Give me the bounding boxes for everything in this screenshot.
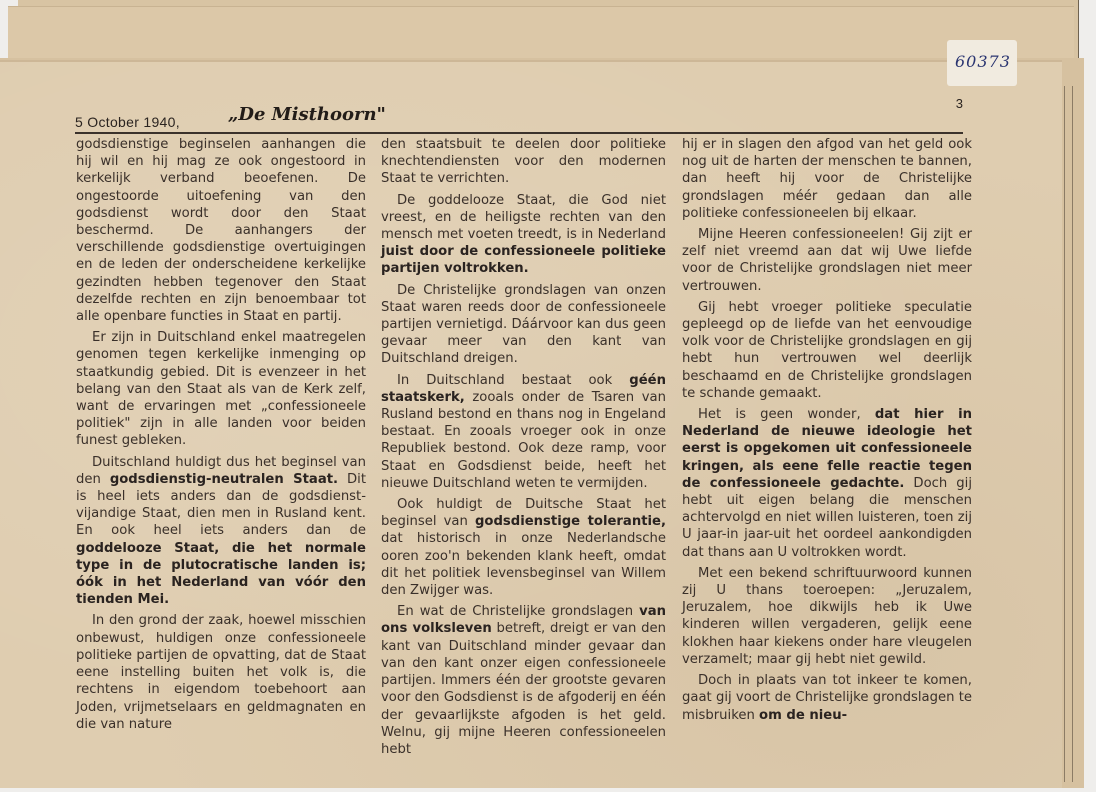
article-paragraph: Het is geen wonder, dat hier in Nederlan…	[682, 406, 972, 561]
article-paragraph: Met een bekend schriftuurwoord kunnen zi…	[682, 565, 972, 668]
text-run: Gij hebt vroeger politieke speculatie ge…	[682, 300, 972, 401]
page-edge	[1072, 86, 1073, 782]
article-paragraph: In den grond der zaak, hoewel misschien …	[76, 612, 366, 732]
article-paragraph: En wat de Christelijke grondslagen van o…	[381, 603, 666, 758]
article-paragraph: Er zijn in Duitschland enkel maatregelen…	[76, 329, 366, 449]
text-run: In den grond der zaak, hoewel misschien …	[76, 613, 366, 731]
archive-number: 60373	[955, 52, 1011, 71]
page-top-edge	[0, 60, 1062, 62]
bold-emphasis: godsdienstig-neutralen Staat.	[110, 472, 338, 487]
page-number: 3	[956, 96, 963, 111]
text-run: Het is geen wonder,	[698, 407, 875, 422]
article-paragraph: Mijne Heeren confessioneelen! Gij zijt e…	[682, 226, 972, 295]
text-run: godsdienstige beginselen aanhangen die h…	[76, 137, 366, 324]
article-paragraph: De Christelijke grondslagen van onzen St…	[381, 282, 666, 368]
article-paragraph: In Duitschland bestaat ook géén staatske…	[381, 372, 666, 492]
archive-label: 60373	[947, 40, 1017, 86]
header-rule	[75, 132, 963, 134]
text-run: Er zijn in Duitschland enkel maatregelen…	[76, 330, 366, 448]
issue-date: 5 October 1940,	[75, 114, 180, 130]
page-header: 5 October 1940, „De Misthoorn" 3	[75, 100, 963, 130]
bold-emphasis: juist door de confessioneele politieke p…	[381, 244, 666, 276]
masthead-title: „De Misthoorn"	[228, 104, 386, 125]
text-run: Mijne Heeren confessioneelen! Gij zijt e…	[682, 227, 972, 294]
text-run: betreft, dreigt er van den kant van Duit…	[381, 621, 666, 756]
bold-emphasis: om de nieu-	[759, 708, 847, 723]
article-paragraph: den staatsbuit te deelen door politieke …	[381, 136, 666, 188]
text-run: den staatsbuit te deelen door politieke …	[381, 137, 666, 186]
bold-emphasis: goddelooze Staat, die het normale type i…	[76, 541, 366, 608]
article-paragraph: Gij hebt vroeger politieke speculatie ge…	[682, 299, 972, 402]
article-paragraph: Ook huldigt de Duitsche Staat het begins…	[381, 496, 666, 599]
text-run: In Duitschland bestaat ook	[397, 373, 629, 388]
text-run: Met een bekend schriftuurwoord kunnen zi…	[682, 566, 972, 667]
text-run: De goddelooze Staat, die God niet vreest…	[381, 193, 666, 242]
text-run: En wat de Christelijke grondslagen	[397, 604, 639, 619]
page-edge	[1064, 86, 1065, 782]
text-column-2: den staatsbuit te deelen door politieke …	[381, 136, 666, 762]
text-column-3: hij er in slagen den afgod van het geld …	[682, 136, 972, 728]
scan-background	[0, 788, 1096, 792]
text-run: dat historisch in onze Nederlandsche oor…	[381, 531, 666, 598]
text-run: De Christelijke grondslagen van onzen St…	[381, 283, 666, 367]
article-paragraph: Duitschland huldigt dus het beginsel van…	[76, 454, 366, 609]
text-run: hij er in slagen den afgod van het geld …	[682, 137, 972, 221]
article-paragraph: hij er in slagen den afgod van het geld …	[682, 136, 972, 222]
article-paragraph: Doch in plaats van tot inkeer te komen, …	[682, 672, 972, 724]
article-paragraph: godsdienstige beginselen aanhangen die h…	[76, 136, 366, 325]
bold-emphasis: godsdienstige tolerantie,	[475, 514, 666, 529]
article-paragraph: De goddelooze Staat, die God niet vreest…	[381, 192, 666, 278]
text-column-1: godsdienstige beginselen aanhangen die h…	[76, 136, 366, 737]
